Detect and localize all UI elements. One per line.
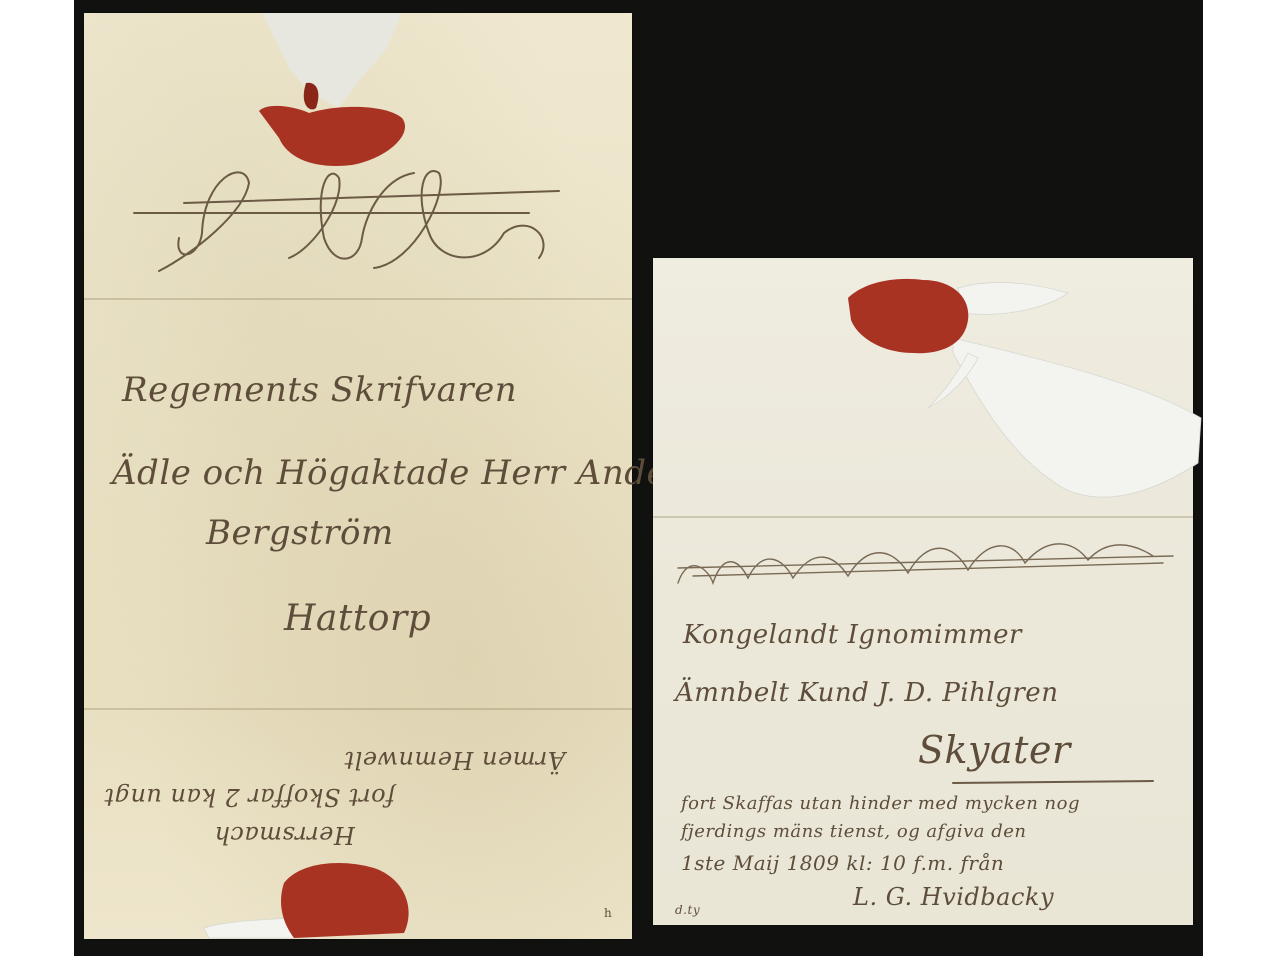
address-line-3: Skyater	[918, 728, 1071, 772]
reversed-note-line-3: Herrsmach	[214, 821, 355, 849]
corner-mark: d.ty	[675, 903, 700, 917]
signature: L. G. Hvidbacky	[853, 883, 1054, 911]
address-line-1: Regements Skrifvaren	[122, 370, 517, 410]
underline	[953, 781, 1153, 783]
right-letter: Kongelandt Ignomimmer Ämnbelt Kund J. D.…	[653, 258, 1193, 925]
dispatch-line-2: fjerdings mäns tienst, og afgiva den	[681, 821, 1027, 842]
reversed-note-line-1: Ärmen Hemnwelt	[344, 746, 565, 774]
address-line-4: Hattorp	[284, 598, 431, 639]
corner-mark: h	[604, 906, 612, 920]
dispatch-line-3: 1ste Maij 1809 kl: 10 f.m. från	[681, 851, 1004, 875]
address-line-1: Kongelandt Ignomimmer	[683, 620, 1022, 650]
reversed-note-line-2: fort Skoffar 2 kan ungt	[104, 783, 395, 811]
left-letter: Regements Skrifvaren Ädle och Högaktade …	[84, 13, 632, 939]
wax-seal-top	[259, 83, 405, 166]
address-line-3: Bergström	[206, 513, 394, 553]
address-line-2: Ämnbelt Kund J. D. Pihlgren	[675, 678, 1058, 708]
wax-seal	[848, 279, 968, 353]
address-line-2: Ädle och Högaktade Herr Anders	[112, 453, 702, 493]
wave-paraph	[678, 544, 1173, 583]
crossed-paraph	[134, 171, 559, 271]
wax-seal-bottom	[204, 863, 409, 938]
dispatch-line-1: fort Skaffas utan hinder med mycken nog	[681, 793, 1080, 814]
feather-quill	[928, 283, 1201, 498]
